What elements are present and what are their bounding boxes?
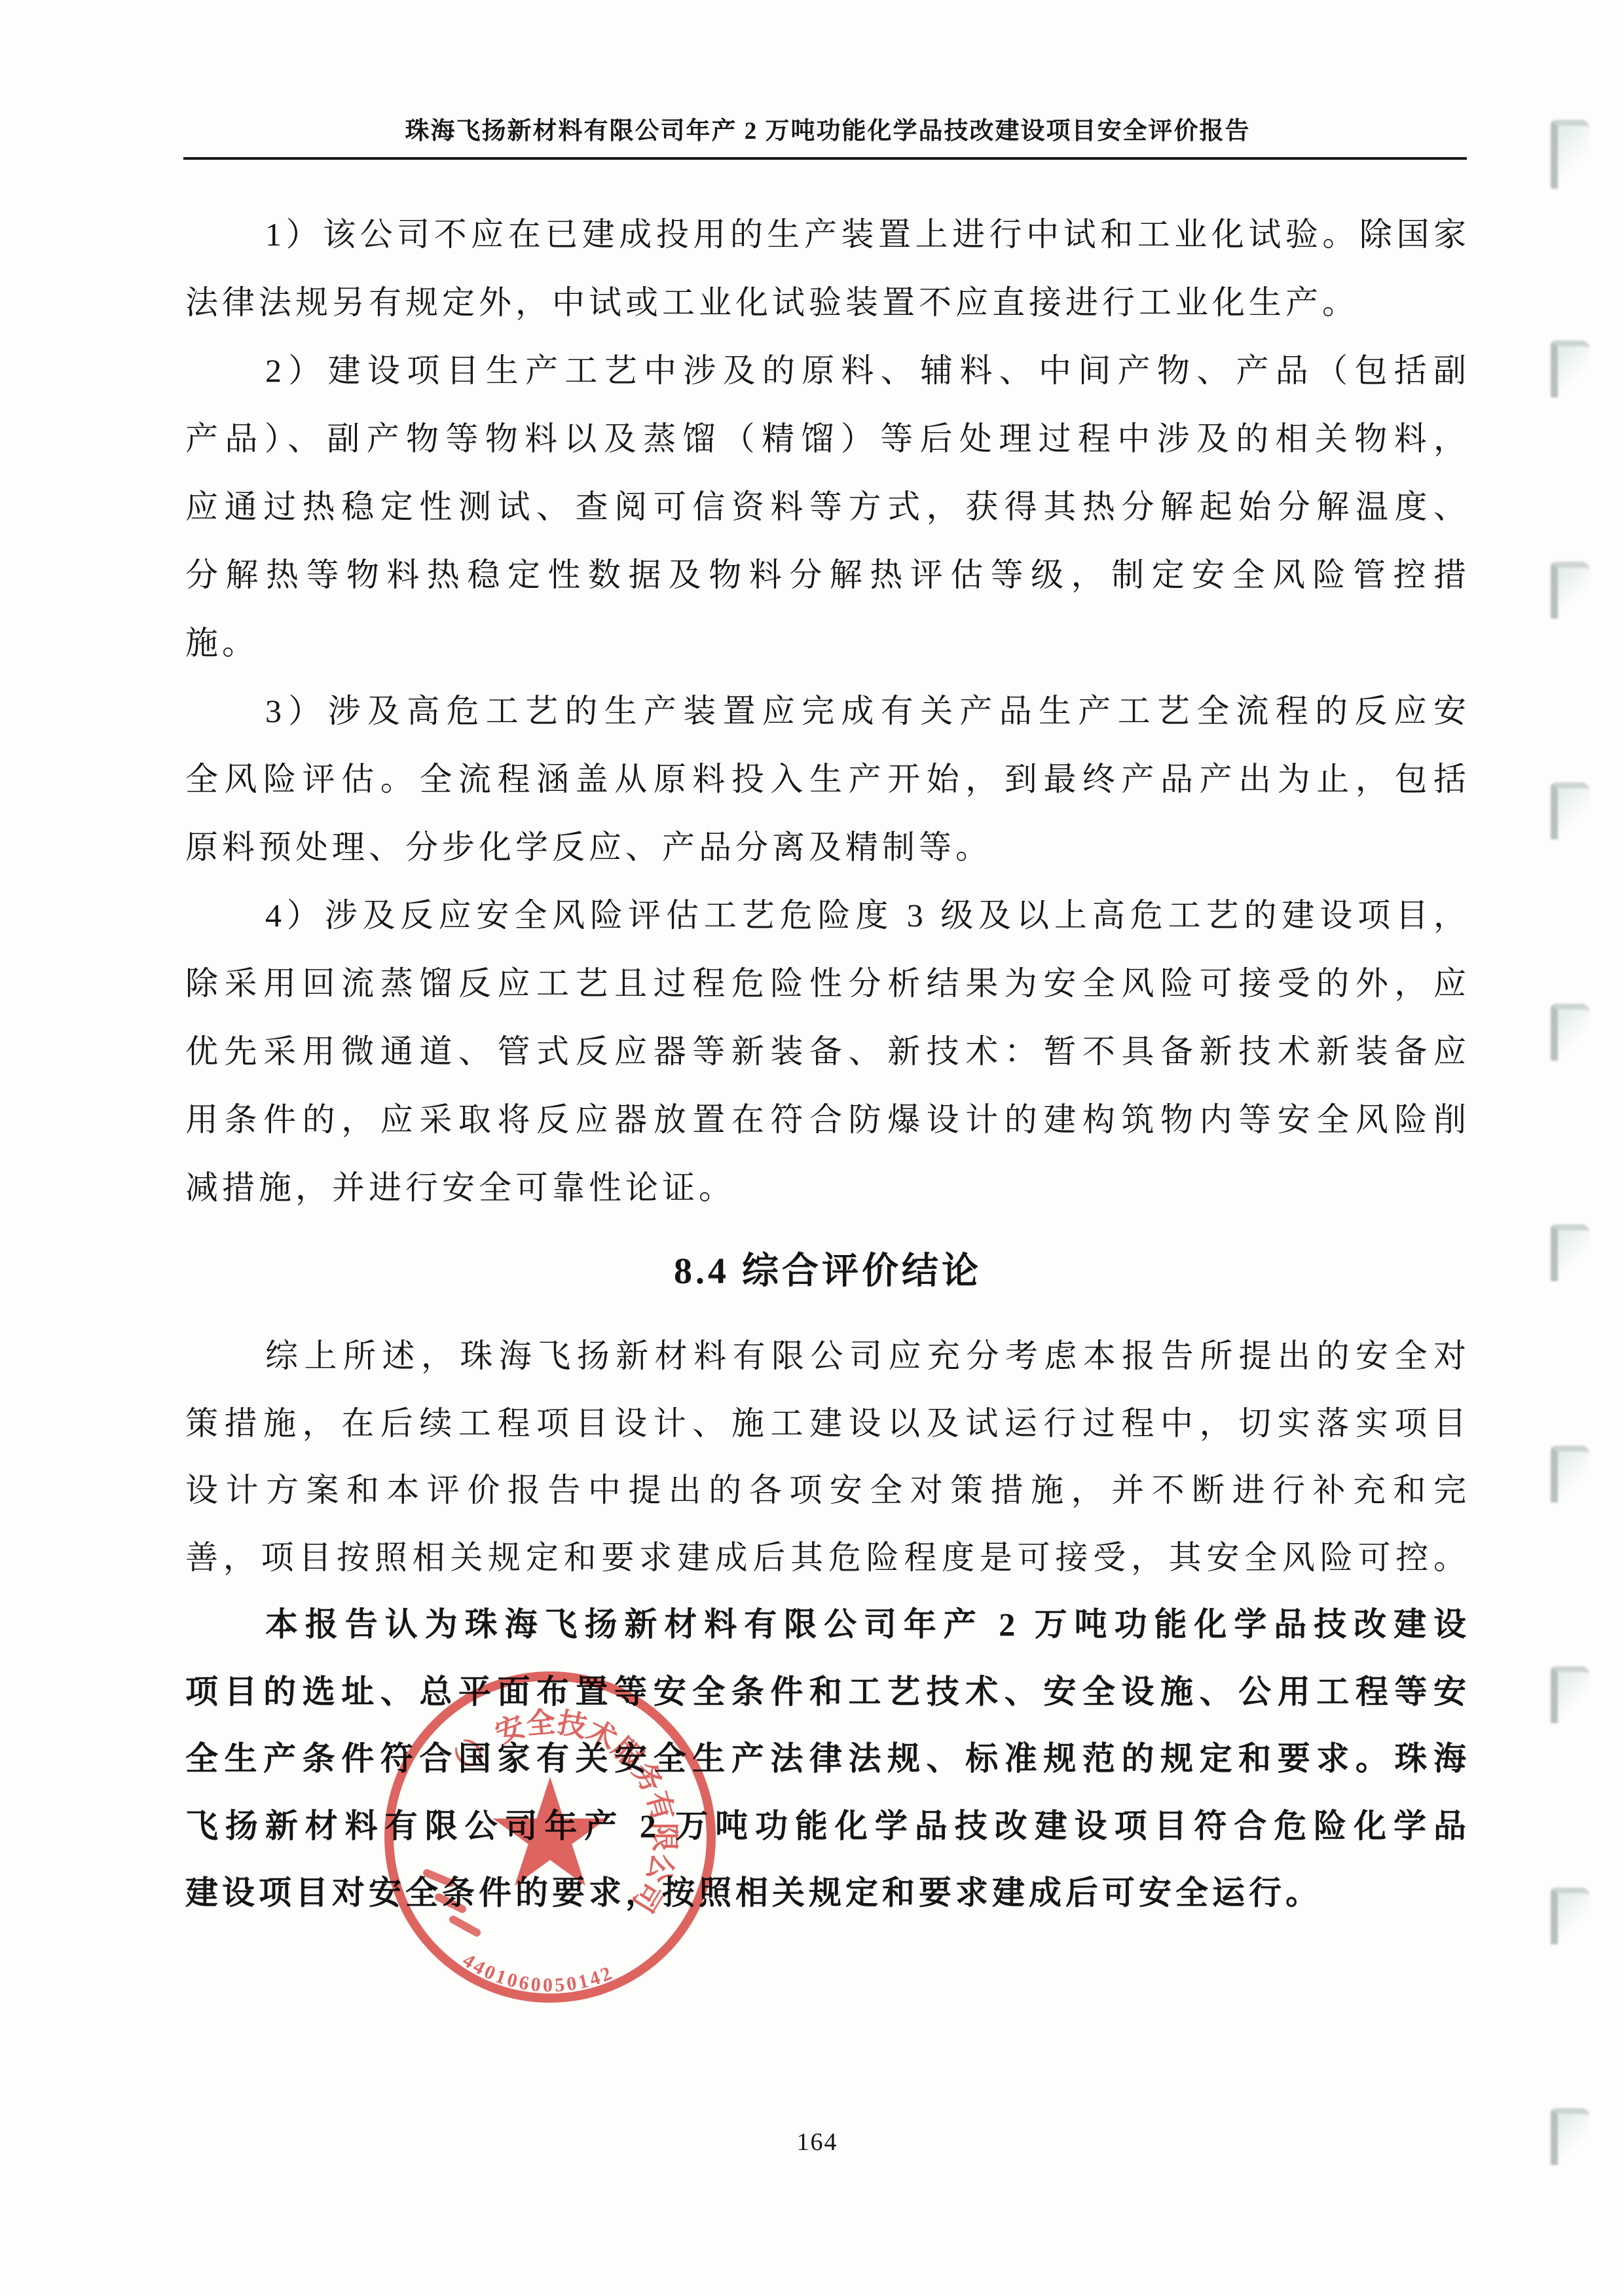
binding-mark: [1551, 1666, 1589, 1723]
binding-mark: [1551, 1224, 1589, 1281]
binding-mark: [1551, 782, 1589, 839]
binding-mark: [1551, 1004, 1589, 1061]
body-line: 设计方案和本评价报告中提出的各项安全对策措施，并不断进行补充和完: [185, 1457, 1470, 1524]
body-line: 优先采用微通道、管式反应器等新装备、新技术：暂不具备新技术新装备应: [185, 1017, 1470, 1085]
body-line: 施。: [185, 609, 1470, 677]
stamp-illegible-strokes: [427, 1873, 477, 1933]
body-line: 2）建设项目生产工艺中涉及的原料、辅料、中间产物、产品（包括副: [185, 337, 1470, 405]
section-heading: 8.4 综合评价结论: [185, 1237, 1470, 1305]
body-line: 用条件的，应采取将反应器放置在符合防爆设计的建构筑物内等安全风险削: [185, 1085, 1470, 1154]
company-stamp: （）安全技术服务有限公司 4401060050142: [373, 1660, 727, 2014]
binding-mark: [1551, 2108, 1589, 2165]
document-page: 珠海飞扬新材料有限公司年产 2 万吨功能化学品技改建设项目安全评价报告 1）该公…: [0, 0, 1624, 2296]
body-line: 综上所述，珠海飞扬新材料有限公司应充分考虑本报告所提出的安全对: [185, 1322, 1470, 1390]
binding-mark: [1551, 562, 1589, 619]
body-line: 3）涉及高危工艺的生产装置应完成有关产品生产工艺全流程的反应安: [185, 677, 1470, 745]
body-line: 法律法规另有规定外，中试或工业化试验装置不应直接进行工业化生产。: [185, 268, 1470, 337]
body-line: 分解热等物料热稳定性数据及物料分解热评估等级，制定安全风险管控措: [185, 541, 1470, 609]
svg-text:4401060050142: 4401060050142: [459, 1950, 618, 1997]
body-line: 产品）、副产物等物料以及蒸馏（精馏）等后处理过程中涉及的相关物料，: [185, 405, 1470, 473]
body-text-block-1: 1）该公司不应在已建成投用的生产装置上进行中试和工业化试验。除国家法律法规另有规…: [185, 200, 1470, 1222]
page-header-title: 珠海飞扬新材料有限公司年产 2 万吨功能化学品技改建设项目安全评价报告: [185, 115, 1470, 148]
binding-mark: [1551, 1887, 1589, 1944]
page-number: 164: [0, 2128, 1624, 2157]
body-line: 除采用回流蒸馏反应工艺且过程危险性分析结果为安全风险可接受的外，应: [185, 949, 1470, 1017]
body-line: 全风险评估。全流程涵盖从原料投入生产开始，到最终产品产出为止，包括: [185, 745, 1470, 813]
stamp-serial-number: 4401060050142: [459, 1950, 618, 1997]
body-line: 4）涉及反应安全风险评估工艺危险度 3 级及以上高危工艺的建设项目，: [185, 881, 1470, 949]
body-line: 原料预处理、分步化学反应、产品分离及精制等。: [185, 813, 1470, 881]
body-line: 减措施，并进行安全可靠性论证。: [185, 1154, 1470, 1222]
body-line: 1）该公司不应在已建成投用的生产装置上进行中试和工业化试验。除国家: [185, 200, 1470, 268]
binding-mark: [1551, 1446, 1589, 1503]
binding-mark: [1551, 120, 1589, 189]
body-line: 策措施，在后续工程项目设计、施工建设以及试运行过程中，切实落实项目: [185, 1390, 1470, 1457]
body-line: 应通过热稳定性测试、查阅可信资料等方式，获得其热分解起始分解温度、: [185, 473, 1470, 541]
body-line: 善，项目按照相关规定和要求建成后其危险程度是可接受，其安全风险可控。: [185, 1524, 1470, 1592]
binding-mark: [1551, 340, 1589, 397]
stamp-star-icon: [493, 1777, 608, 1886]
header-rule: [183, 157, 1467, 160]
body-line: 本报告认为珠海飞扬新材料有限公司年产 2 万吨功能化学品技改建设: [185, 1591, 1470, 1658]
